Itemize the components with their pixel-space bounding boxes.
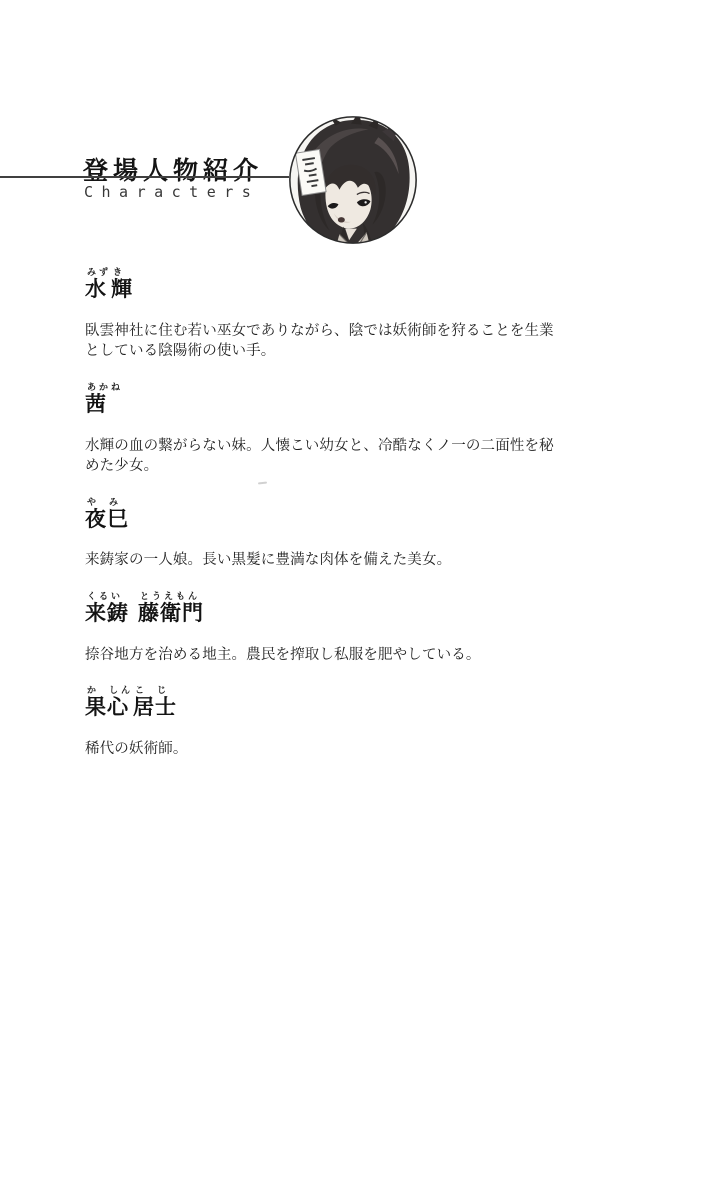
character-list: みず水き輝 臥雲神社に住む若い巫女でありながら、陰では妖術師を狩ることを生業とし… <box>85 247 560 771</box>
furigana: か <box>85 685 99 695</box>
furigana: とうえもん <box>138 591 200 601</box>
kanji-name: 輝 <box>111 277 133 301</box>
character-name: あかね茜 <box>85 382 560 416</box>
page-title: 登場人物紹介 <box>83 158 263 186</box>
anime-girl-portrait-image <box>285 112 421 248</box>
ruby-segment: くるい来鋳 <box>85 591 129 625</box>
ruby-segment: こ居 <box>133 685 155 719</box>
kanji-name: 心 <box>107 695 129 719</box>
kanji-name: 茜 <box>85 392 107 416</box>
furigana: き <box>111 267 125 277</box>
kanji-name: 士 <box>155 695 177 719</box>
character-entry: みず水き輝 臥雲神社に住む若い巫女でありながら、陰では妖術師を狩ることを生業とし… <box>85 267 560 362</box>
ruby-segment: とうえもん藤衛門 <box>138 591 204 625</box>
furigana: みず <box>85 267 111 277</box>
ruby-segment: や夜 <box>85 497 107 531</box>
character-name: や夜み巳 <box>85 497 560 531</box>
ruby-segment: あかね茜 <box>85 382 123 416</box>
header-rule <box>0 176 289 178</box>
kanji-name: 夜 <box>85 507 107 531</box>
ruby-segment: か果 <box>85 685 107 719</box>
mouth <box>338 217 345 222</box>
character-entry: や夜み巳 来鋳家の一人娘。長い黒髪に豊満な肉体を備えた美女。 <box>85 497 560 571</box>
kanji-name: 水 <box>85 277 107 301</box>
character-description: 稀代の妖術師。 <box>85 739 560 760</box>
kanji-name: 居 <box>133 695 155 719</box>
kanji-name: 藤衛門 <box>138 601 204 625</box>
character-entry: あかね茜 水輝の血の繋がらない妹。人懐こい幼女と、冷酷なくノ一の二面性を秘めた少… <box>85 382 560 477</box>
furigana: や <box>85 497 99 507</box>
ruby-segment: き輝 <box>111 267 133 301</box>
character-name: みず水き輝 <box>85 267 560 301</box>
kanji-name: 果 <box>85 695 107 719</box>
furigana: み <box>107 497 121 507</box>
character-entry: くるい来鋳とうえもん藤衛門 捺谷地方を治める地主。農民を搾取し私服を肥やしている… <box>85 591 560 665</box>
furigana: くるい <box>85 591 123 601</box>
kanji-name: 来鋳 <box>85 601 129 625</box>
character-description: 臥雲神社に住む若い巫女でありながら、陰では妖術師を狩ることを生業としている陰陽術… <box>85 321 560 362</box>
character-description: 水輝の血の繋がらない妹。人懐こい幼女と、冷酷なくノ一の二面性を秘めた少女。 <box>85 436 560 477</box>
character-name: くるい来鋳とうえもん藤衛門 <box>85 591 560 625</box>
furigana: しん <box>107 685 133 695</box>
book-page: 登場人物紹介 Characters <box>0 0 701 1200</box>
character-portrait <box>285 112 421 248</box>
furigana: じ <box>155 685 169 695</box>
character-entry: か果しん心こ居じ士 稀代の妖術師。 <box>85 685 560 759</box>
character-name: か果しん心こ居じ士 <box>85 685 560 719</box>
character-description: 来鋳家の一人娘。長い黒髪に豊満な肉体を備えた美女。 <box>85 550 560 571</box>
kanji-name: 巳 <box>107 507 129 531</box>
ruby-segment: み巳 <box>107 497 129 531</box>
ruby-segment: みず水 <box>85 267 111 301</box>
furigana: あかね <box>85 382 123 392</box>
character-description: 捺谷地方を治める地主。農民を搾取し私服を肥やしている。 <box>85 645 560 666</box>
page-subtitle: Characters <box>84 183 259 201</box>
ruby-segment: じ士 <box>155 685 177 719</box>
furigana: こ <box>133 685 147 695</box>
ruby-segment: しん心 <box>107 685 133 719</box>
